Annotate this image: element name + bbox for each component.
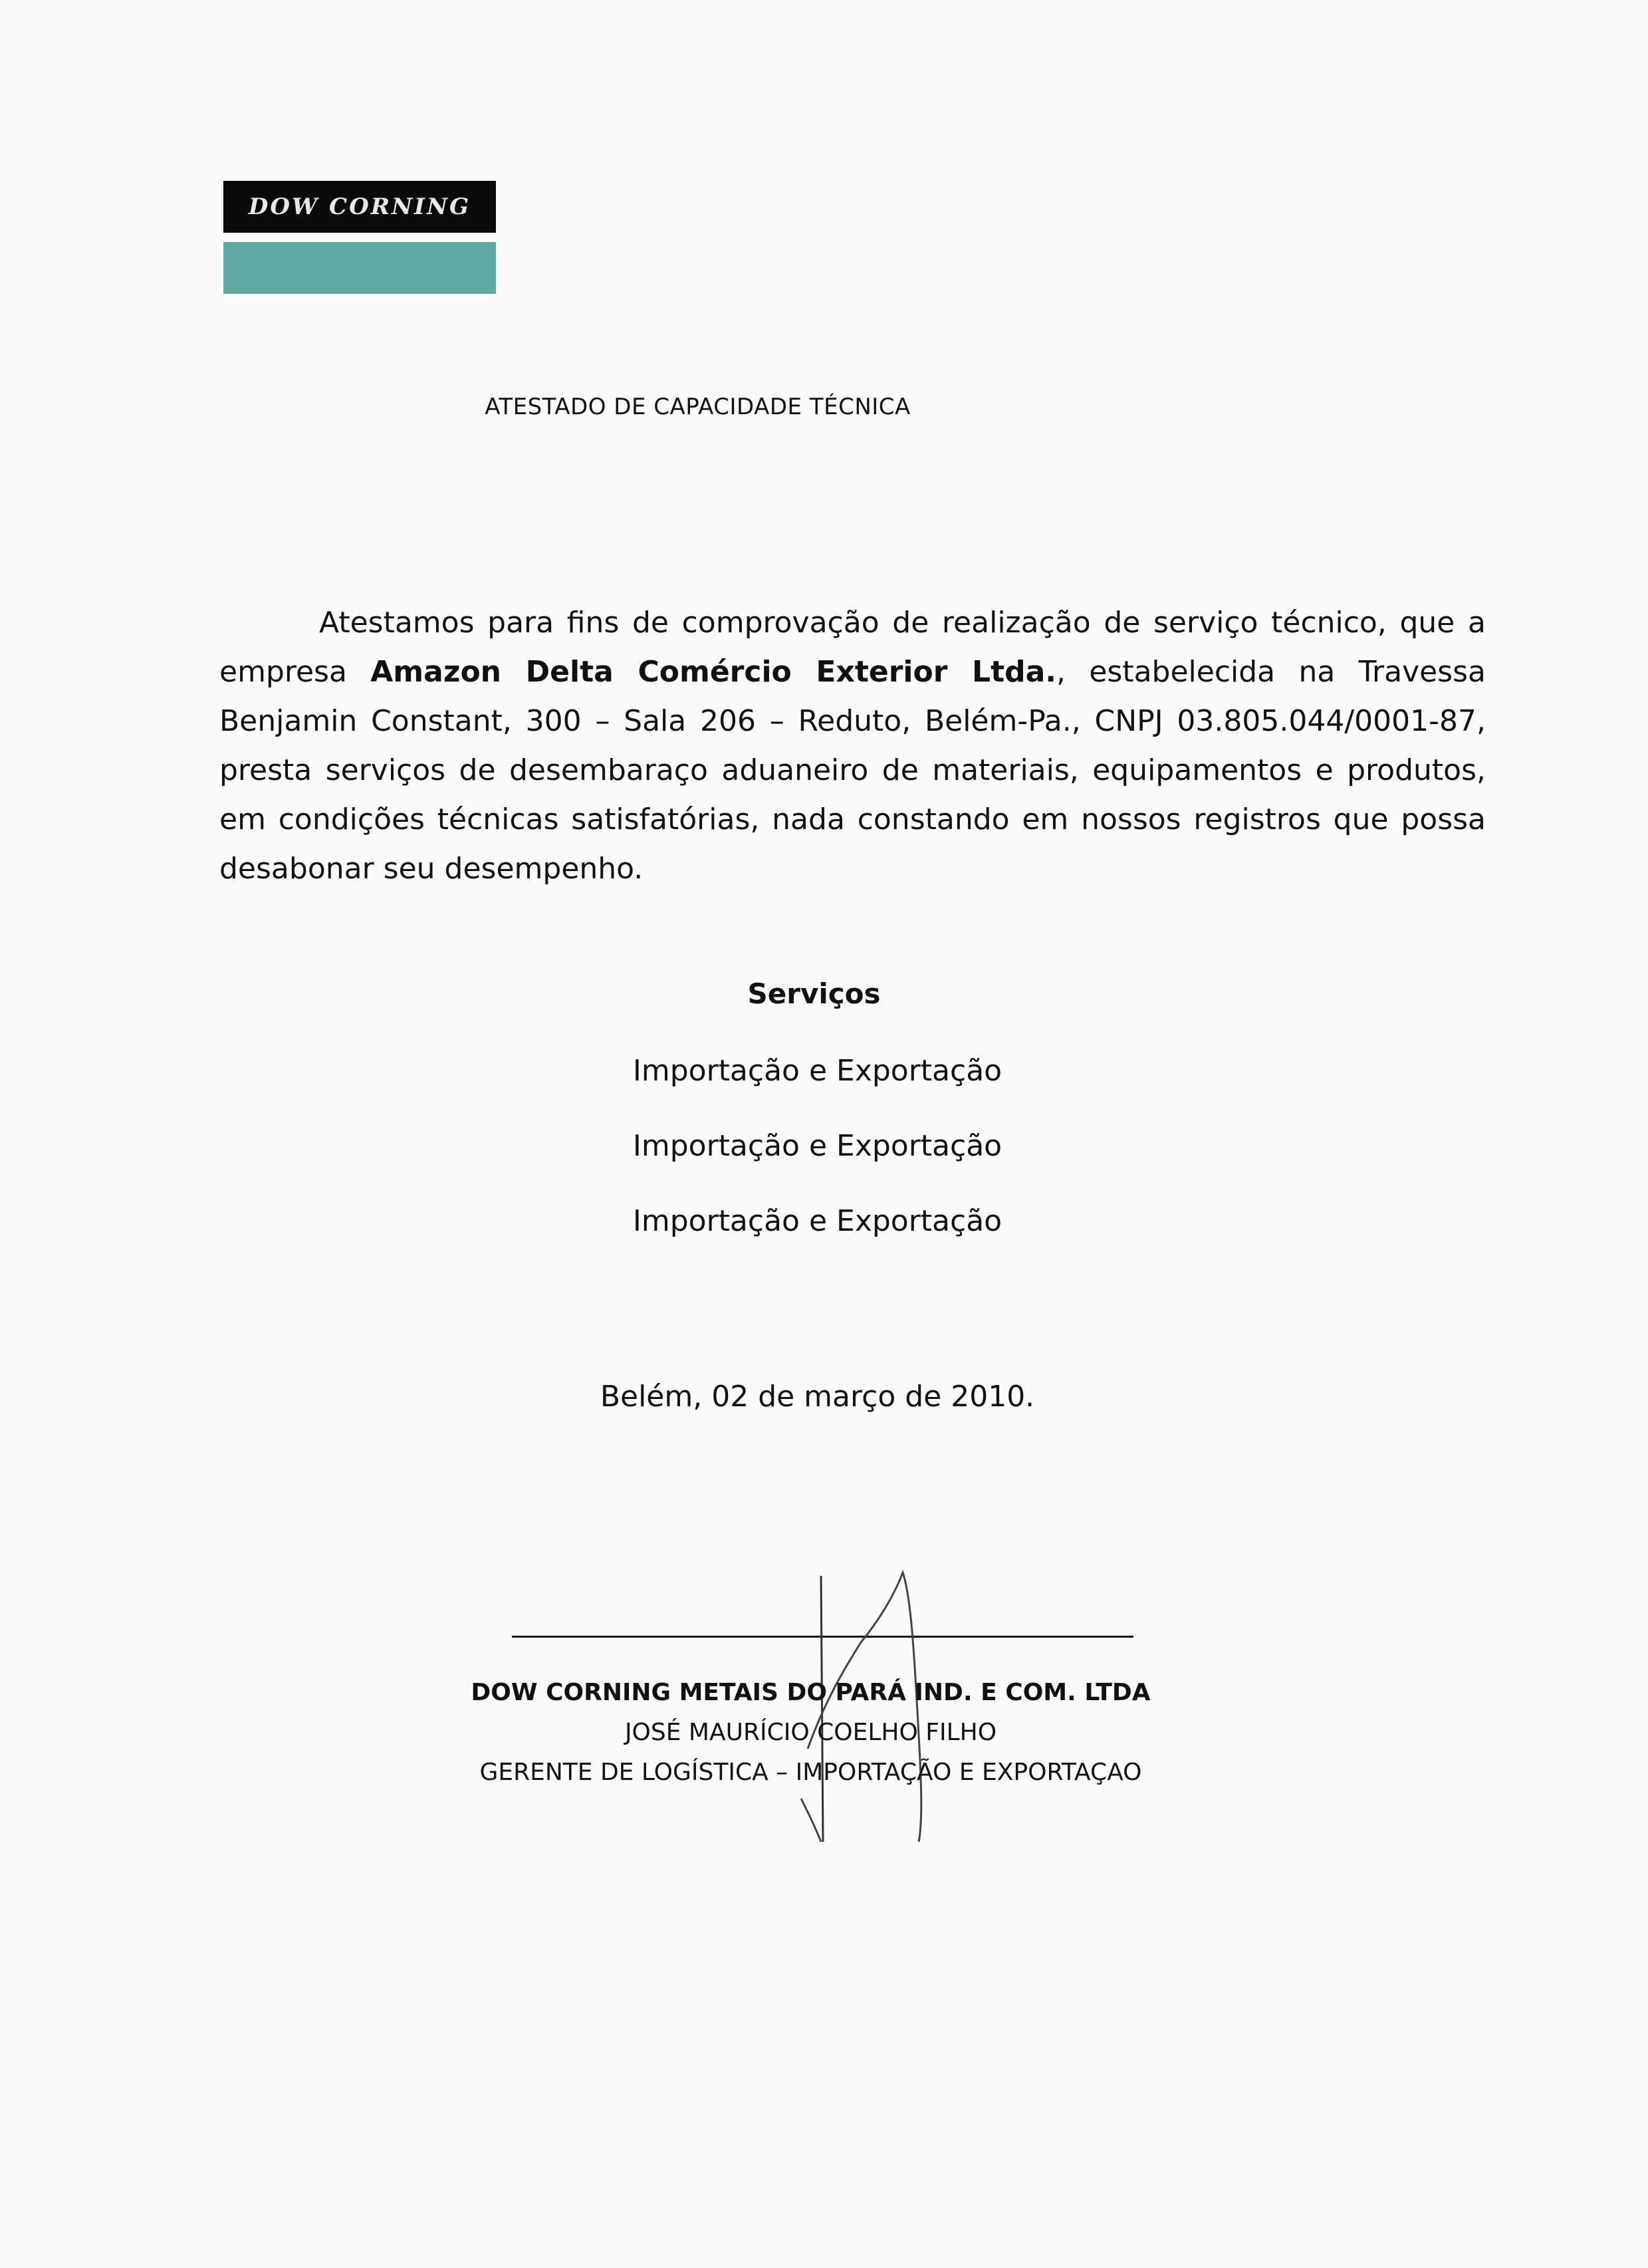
service-item: Importação e Exportação — [0, 1054, 1641, 1088]
services-heading: Serviços — [0, 977, 1638, 1010]
logo-teal-band — [223, 242, 496, 294]
signatory-role: GERENTE DE LOGÍSTICA – IMPORTAÇÃO E EXPO… — [0, 1759, 1635, 1786]
handwritten-signature — [745, 1569, 984, 1848]
body-paragraph: Atestamos para fins de comprovação de re… — [219, 598, 1486, 894]
service-item: Importação e Exportação — [0, 1129, 1641, 1163]
paragraph-rest: , estabelecida na Travessa Benjamin Cons… — [219, 655, 1486, 886]
date-line: Belém, 02 de março de 2010. — [0, 1380, 1641, 1414]
logo-black-band: DOW CORNING — [223, 181, 496, 233]
company-name: Amazon Delta Comércio Exterior Ltda. — [370, 655, 1056, 689]
signatory-name: JOSÉ MAURÍCIO COELHO FILHO — [0, 1719, 1635, 1746]
service-item: Importação e Exportação — [0, 1204, 1641, 1238]
logo-text: DOW CORNING — [249, 193, 471, 220]
document-title: ATESTADO DE CAPACIDADE TÉCNICA — [0, 394, 1522, 420]
signatory-company: DOW CORNING METAIS DO PARÁ IND. E COM. L… — [0, 1679, 1635, 1706]
